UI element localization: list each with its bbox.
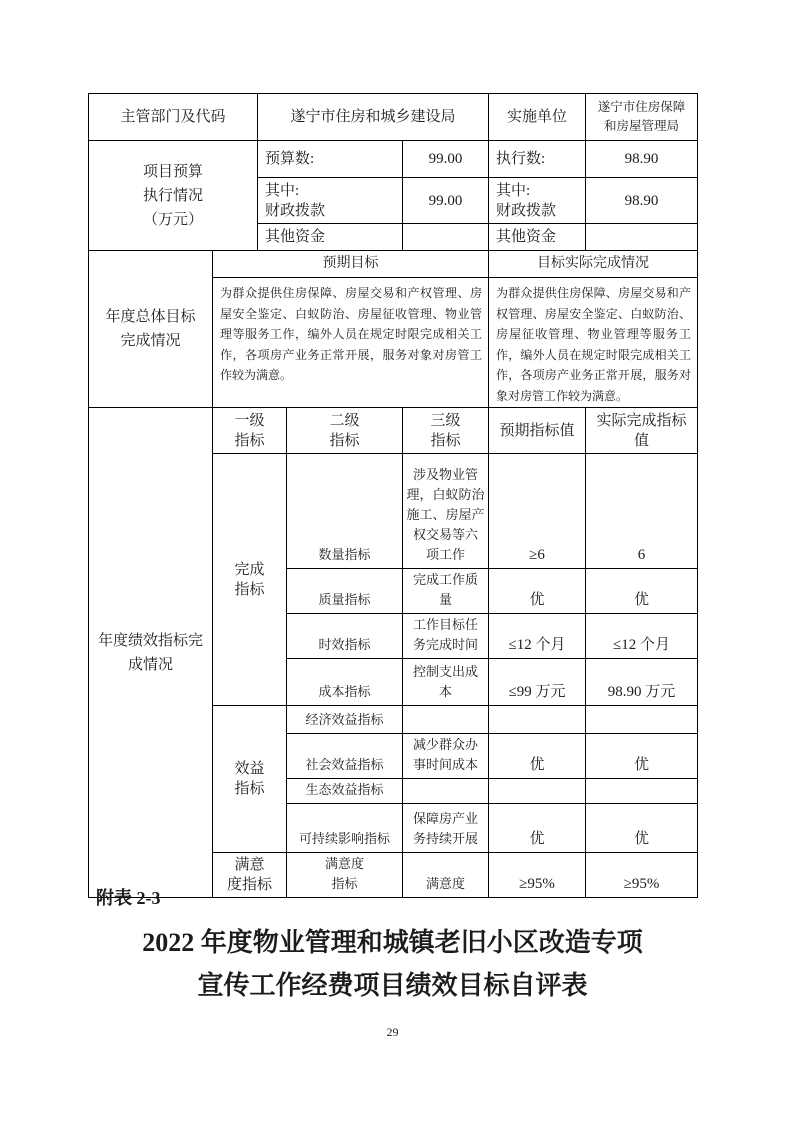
indicator-actual-cell: 优	[586, 804, 698, 853]
annex-label: 附表 2-3	[96, 884, 161, 910]
indicator-l3-cell: 工作目标任 务完成时间	[403, 614, 489, 659]
indicator-expected-cell	[489, 706, 586, 734]
document-page: 主管部门及代码 遂宁市住房和城乡建设局 实施单位 遂宁市住房保障 和房屋管理局 …	[0, 0, 793, 1122]
indicator-l2-cell: 生态效益指标	[287, 779, 403, 804]
actual-value-header-cell: 实际完成指标 值	[586, 408, 698, 454]
other-funds-value-cell	[586, 224, 698, 251]
indicator-actual-cell: 优	[586, 569, 698, 614]
level2-header-cell: 二级 指标	[287, 408, 403, 454]
execution-label-cell: 执行数:	[489, 141, 586, 178]
table-row: 年度总体目标 完成情况 预期目标 目标实际完成情况	[89, 251, 698, 278]
indicator-l2-cell: 社会效益指标	[287, 734, 403, 779]
indicators-section-label-cell: 年度绩效指标完 成情况	[89, 408, 213, 898]
document-title-line2: 宣传工作经费项目绩效目标自评表	[88, 964, 697, 1007]
indicator-expected-cell	[489, 779, 586, 804]
indicator-l3-cell	[403, 779, 489, 804]
indicator-l3-cell: 满意度	[403, 853, 489, 898]
expected-goal-text-cell: 为群众提供住房保障、房屋交易和产权管理、房屋安全鉴定、白蚁防治、房屋征收管理、物…	[213, 278, 489, 408]
budget-value-cell: 99.00	[403, 141, 489, 178]
indicator-l2-cell: 数量指标	[287, 454, 403, 569]
impl-unit-value-cell: 遂宁市住房保障 和房屋管理局	[586, 94, 698, 141]
table-row: 年度绩效指标完 成情况 一级 指标 二级 指标 三级 指标 预期指标值 实际完成…	[89, 408, 698, 454]
indicator-l3-cell	[403, 706, 489, 734]
indicator-expected-cell: ≥6	[489, 454, 586, 569]
other-funds-label-cell: 其他资金	[258, 224, 403, 251]
satisfaction-group-label-cell: 满意 度指标	[213, 853, 287, 898]
indicator-l2-cell: 满意度 指标	[287, 853, 403, 898]
indicator-l2-cell: 成本指标	[287, 659, 403, 706]
budget-label-cell: 预算数:	[258, 141, 403, 178]
actual-goal-text-cell: 为群众提供住房保障、房屋交易和产权管理、房屋安全鉴定、白蚁防治、房屋征收管理、物…	[489, 278, 698, 408]
indicator-actual-cell: 6	[586, 454, 698, 569]
indicator-l3-cell: 保障房产业 务持续开展	[403, 804, 489, 853]
indicator-actual-cell	[586, 706, 698, 734]
indicator-actual-cell: 98.90 万元	[586, 659, 698, 706]
indicator-l3-cell: 完成工作质 量	[403, 569, 489, 614]
impl-unit-label-cell: 实施单位	[489, 94, 586, 141]
annual-goal-section-label-cell: 年度总体目标 完成情况	[89, 251, 213, 408]
fiscal-funds-label-cell: 其中: 财政拨款	[258, 178, 403, 224]
indicator-expected-cell: ≤12 个月	[489, 614, 586, 659]
document-title-line1: 2022 年度物业管理和城镇老旧小区改造专项	[88, 921, 697, 964]
indicator-l2-cell: 可持续影响指标	[287, 804, 403, 853]
indicator-l2-cell: 经济效益指标	[287, 706, 403, 734]
table-row: 项目预算 执行情况 （万元） 预算数: 99.00 执行数: 98.90	[89, 141, 698, 178]
table-row: 主管部门及代码 遂宁市住房和城乡建设局 实施单位 遂宁市住房保障 和房屋管理局	[89, 94, 698, 141]
execution-value-cell: 98.90	[586, 141, 698, 178]
indicator-expected-cell: ≤99 万元	[489, 659, 586, 706]
budget-section-label-cell: 项目预算 执行情况 （万元）	[89, 141, 258, 251]
expected-goal-header-cell: 预期目标	[213, 251, 489, 278]
indicator-expected-cell: 优	[489, 804, 586, 853]
indicator-expected-cell: 优	[489, 734, 586, 779]
completion-group-label-cell: 完成 指标	[213, 454, 287, 706]
page-number: 29	[88, 1025, 697, 1040]
indicator-expected-cell: ≥95%	[489, 853, 586, 898]
dept-value-cell: 遂宁市住房和城乡建设局	[258, 94, 489, 141]
indicator-actual-cell: ≥95%	[586, 853, 698, 898]
expected-value-header-cell: 预期指标值	[489, 408, 586, 454]
level3-header-cell: 三级 指标	[403, 408, 489, 454]
indicator-l3-cell: 减少群众办 事时间成本	[403, 734, 489, 779]
performance-self-evaluation-table: 主管部门及代码 遂宁市住房和城乡建设局 实施单位 遂宁市住房保障 和房屋管理局 …	[88, 93, 698, 898]
fiscal-funds-label-cell: 其中: 财政拨款	[489, 178, 586, 224]
indicator-expected-cell: 优	[489, 569, 586, 614]
actual-goal-header-cell: 目标实际完成情况	[489, 251, 698, 278]
fiscal-funds-value-cell: 99.00	[403, 178, 489, 224]
fiscal-funds-value-cell: 98.90	[586, 178, 698, 224]
level1-header-cell: 一级 指标	[213, 408, 287, 454]
indicator-actual-cell	[586, 779, 698, 804]
other-funds-value-cell	[403, 224, 489, 251]
document-title: 2022 年度物业管理和城镇老旧小区改造专项 宣传工作经费项目绩效目标自评表	[88, 921, 697, 1007]
indicator-l3-cell: 控制支出成 本	[403, 659, 489, 706]
indicator-actual-cell: 优	[586, 734, 698, 779]
dept-label-cell: 主管部门及代码	[89, 94, 258, 141]
indicator-l3-cell: 涉及物业管 理，白蚁防治 施工、房屋产 权交易等六 项工作	[403, 454, 489, 569]
benefit-group-label-cell: 效益 指标	[213, 706, 287, 853]
other-funds-label-cell: 其他资金	[489, 224, 586, 251]
indicator-actual-cell: ≤12 个月	[586, 614, 698, 659]
indicator-l2-cell: 时效指标	[287, 614, 403, 659]
indicator-l2-cell: 质量指标	[287, 569, 403, 614]
